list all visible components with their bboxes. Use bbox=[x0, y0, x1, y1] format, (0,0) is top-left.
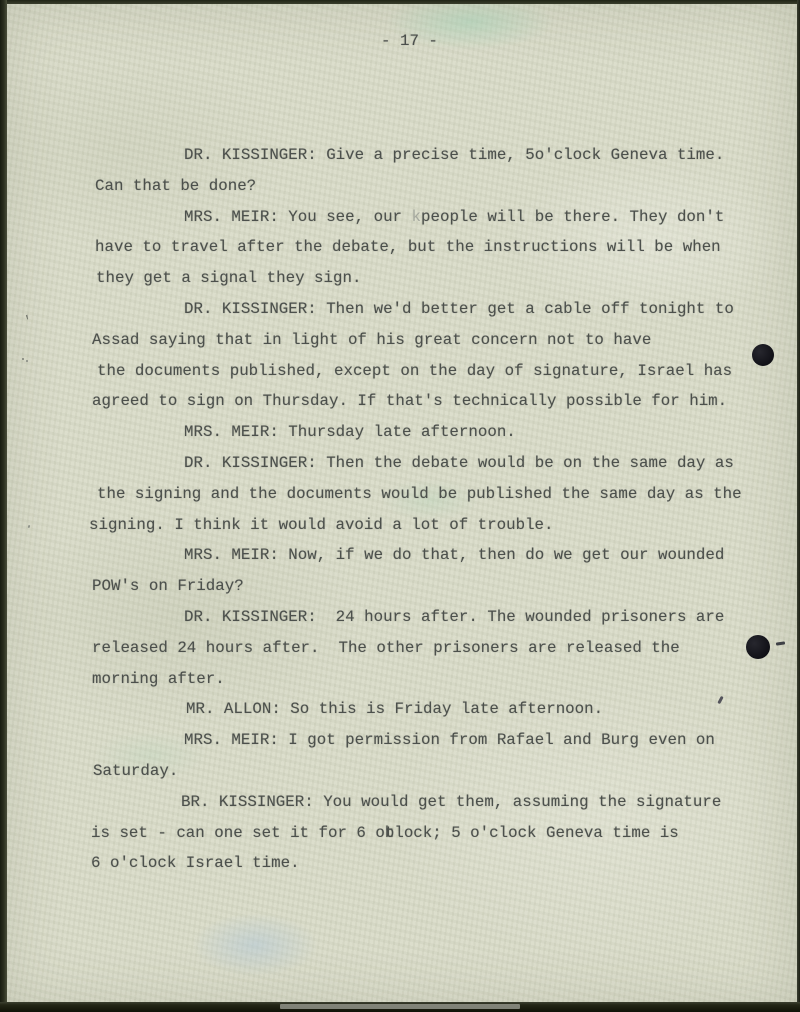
typed-line: MRS. MEIR: Thursday late afternoon. bbox=[184, 423, 516, 442]
pencil-speck-mark bbox=[28, 525, 31, 529]
typed-line: MRS. MEIR: You see, our kpeople will be … bbox=[184, 208, 724, 227]
overstruck-character: bt bbox=[385, 824, 394, 843]
typed-line: DR. KISSINGER: Then we'd better get a ca… bbox=[184, 300, 734, 319]
typed-line: Can that be done? bbox=[95, 177, 256, 196]
typed-line: DR. KISSINGER: Give a precise time, 5o'c… bbox=[184, 146, 724, 165]
typed-line: the signing and the documents would be p… bbox=[97, 485, 742, 504]
typed-line: the documents published, except on the d… bbox=[97, 362, 732, 381]
typed-line: have to travel after the debate, but the… bbox=[95, 238, 721, 257]
scan-edge-bottom-highlight bbox=[280, 1004, 520, 1009]
typed-line: BR. KISSINGER: You would get them, assum… bbox=[181, 793, 721, 812]
typed-line: released 24 hours after. The other priso… bbox=[92, 639, 680, 658]
scanned-page: - 17 - DR. KISSINGER: Give a precise tim… bbox=[0, 0, 800, 1012]
typed-line: agreed to sign on Thursday. If that's te… bbox=[92, 392, 727, 411]
faint-overtype-character: k bbox=[412, 208, 421, 226]
typed-line: DR. KISSINGER: 24 hours after. The wound… bbox=[184, 608, 724, 627]
ink-tick-mark bbox=[717, 696, 723, 704]
scan-edge-left bbox=[0, 0, 7, 1012]
typed-line: DR. KISSINGER: Then the debate would be … bbox=[184, 454, 734, 473]
hole-punch-dot bbox=[746, 635, 770, 659]
typed-text: lock; 5 o'clock Geneva time is bbox=[394, 824, 678, 842]
typed-line: MR. ALLON: So this is Friday late aftern… bbox=[186, 700, 603, 719]
pencil-squiggle-mark: , bbox=[18, 305, 33, 322]
typed-line: Saturday. bbox=[93, 762, 178, 781]
page-number: - 17 - bbox=[381, 32, 438, 50]
scan-edge-top bbox=[0, 0, 800, 4]
typed-line: morning after. bbox=[92, 670, 225, 689]
ink-dash-mark bbox=[776, 641, 785, 645]
typed-line: Assad saying that in light of his great … bbox=[92, 331, 651, 350]
typed-line: is set - can one set it for 6 obtlock; 5… bbox=[91, 824, 679, 843]
typed-text: MRS. MEIR: You see, our bbox=[184, 208, 412, 226]
typed-line: they get a signal they sign. bbox=[96, 269, 361, 288]
hole-punch-dot bbox=[752, 344, 774, 366]
typed-text: people will be there. They don't bbox=[421, 208, 724, 226]
typed-line: signing. I think it would avoid a lot of… bbox=[89, 516, 554, 535]
pencil-speck-marks bbox=[22, 358, 24, 360]
typed-line: POW's on Friday? bbox=[92, 577, 244, 596]
typed-line: MRS. MEIR: I got permission from Rafael … bbox=[184, 731, 715, 750]
typed-line: MRS. MEIR: Now, if we do that, then do w… bbox=[184, 546, 724, 565]
typed-line: 6 o'clock Israel time. bbox=[91, 854, 300, 873]
typed-text: is set - can one set it for 6 o bbox=[91, 824, 385, 842]
typed-text: t bbox=[385, 824, 394, 843]
